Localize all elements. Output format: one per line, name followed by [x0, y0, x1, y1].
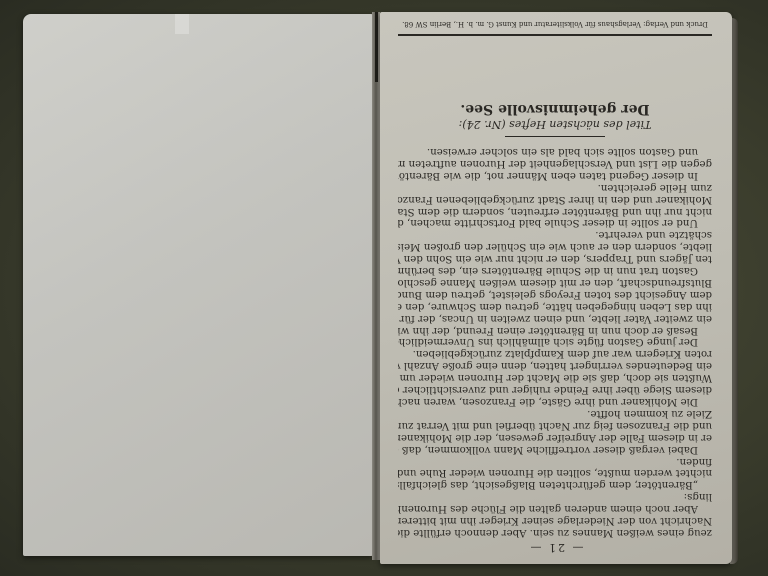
text-line: roten Kriegern war auf dem Kampfplatz zu…	[398, 348, 712, 360]
text-line: Dabei vergaß dieser vortreffliche Mann v…	[398, 443, 712, 455]
text-line: ein Bedeutendes verringert hatten, denn …	[398, 359, 712, 371]
text-line: Die Mohikaner und ihre Gäste, die Franzo…	[398, 395, 712, 407]
text-line: lings:	[398, 490, 712, 502]
text-line: schätzte und verehrte.	[398, 228, 712, 240]
imprint-rule	[398, 34, 712, 36]
text-line: und die Franzosen feig zur Nacht überfie…	[398, 419, 712, 431]
text-line: ihn das Leben hingegeben hätte, getreu d…	[398, 300, 712, 312]
text-line: ten Jägers und Trappers, den er nicht nu…	[398, 252, 712, 264]
text-line: und Gaston sollte sich bald als ein solc…	[398, 145, 712, 157]
text-line: dem Angesicht des toten Freyogs geleiste…	[398, 288, 712, 300]
spine-crack	[375, 12, 378, 82]
section-divider	[505, 136, 605, 137]
next-issue-label: Titel des nächsten Heftes (Nr. 24):	[398, 118, 712, 130]
text-line: zum Heile gereichten.	[398, 181, 712, 193]
text-line: „Bärentöter, dem gefürchteten Blaßgesich…	[398, 478, 712, 490]
right-page: — 21 — zeug eines weißen Mannes zu sein.…	[380, 12, 732, 564]
text-line: nichtet werden mußte, sollten die Hurone…	[398, 467, 712, 479]
text-line: Ziele zu kommen hoffte.	[398, 407, 712, 419]
text-line: Blutsfreundschaft, den er mit diesem wei…	[398, 276, 712, 288]
text-line: nicht nur ihn und Bärentöter erfreuten, …	[398, 205, 712, 217]
text-line: Der junge Gaston fügte sich allmählich i…	[398, 336, 712, 348]
text-lines: zeug eines weißen Mannes zu sein. Aber d…	[398, 145, 712, 538]
text-line: gegen die List und Verschlagenheit der H…	[398, 157, 712, 169]
text-line: Mohikaner und den in ihrer Stadt zurückg…	[398, 193, 712, 205]
text-line: er in diesem Falle der Angreifer gewesen…	[398, 431, 712, 443]
text-line: Und er sollte in dieser Schule bald Fort…	[398, 217, 712, 229]
text-line: In dieser Gegend taten eben Männer not, …	[398, 169, 712, 181]
next-issue-title: Der geheimnisvolle See.	[398, 102, 712, 114]
body-text: zeug eines weißen Mannes zu sein. Aber d…	[398, 92, 712, 538]
text-line: finden.	[398, 455, 712, 467]
text-line: ein zweiter Vater liebte, und einen zwei…	[398, 312, 712, 324]
text-line: Wußten sie doch, daß sie die Macht der H…	[398, 371, 712, 383]
book-gutter	[372, 12, 380, 560]
text-line: Aber noch einem anderen galten die Flüch…	[398, 502, 712, 514]
text-line: Nachricht von der Niederlage seiner Krie…	[398, 514, 712, 526]
text-line: Gaston trat nun in die Schule Bärentöter…	[398, 264, 712, 276]
text-line: diesem Siege über ihre Feinde ruhiger un…	[398, 383, 712, 395]
upside-down-content: — 21 — zeug eines weißen Mannes zu sein.…	[380, 12, 732, 564]
text-line: liebte, sondern den er auch wie ein Schü…	[398, 240, 712, 252]
left-page-blank	[23, 14, 373, 556]
page-tab-mark	[175, 14, 189, 34]
imprint-text: Druck und Verlag: Verlagshaus für Volksl…	[398, 20, 712, 28]
text-line: Besaß er doch nun in Bärentöter einen Fr…	[398, 324, 712, 336]
text-line: zeug eines weißen Mannes zu sein. Aber d…	[398, 526, 712, 538]
page-number: — 21 —	[380, 541, 732, 554]
